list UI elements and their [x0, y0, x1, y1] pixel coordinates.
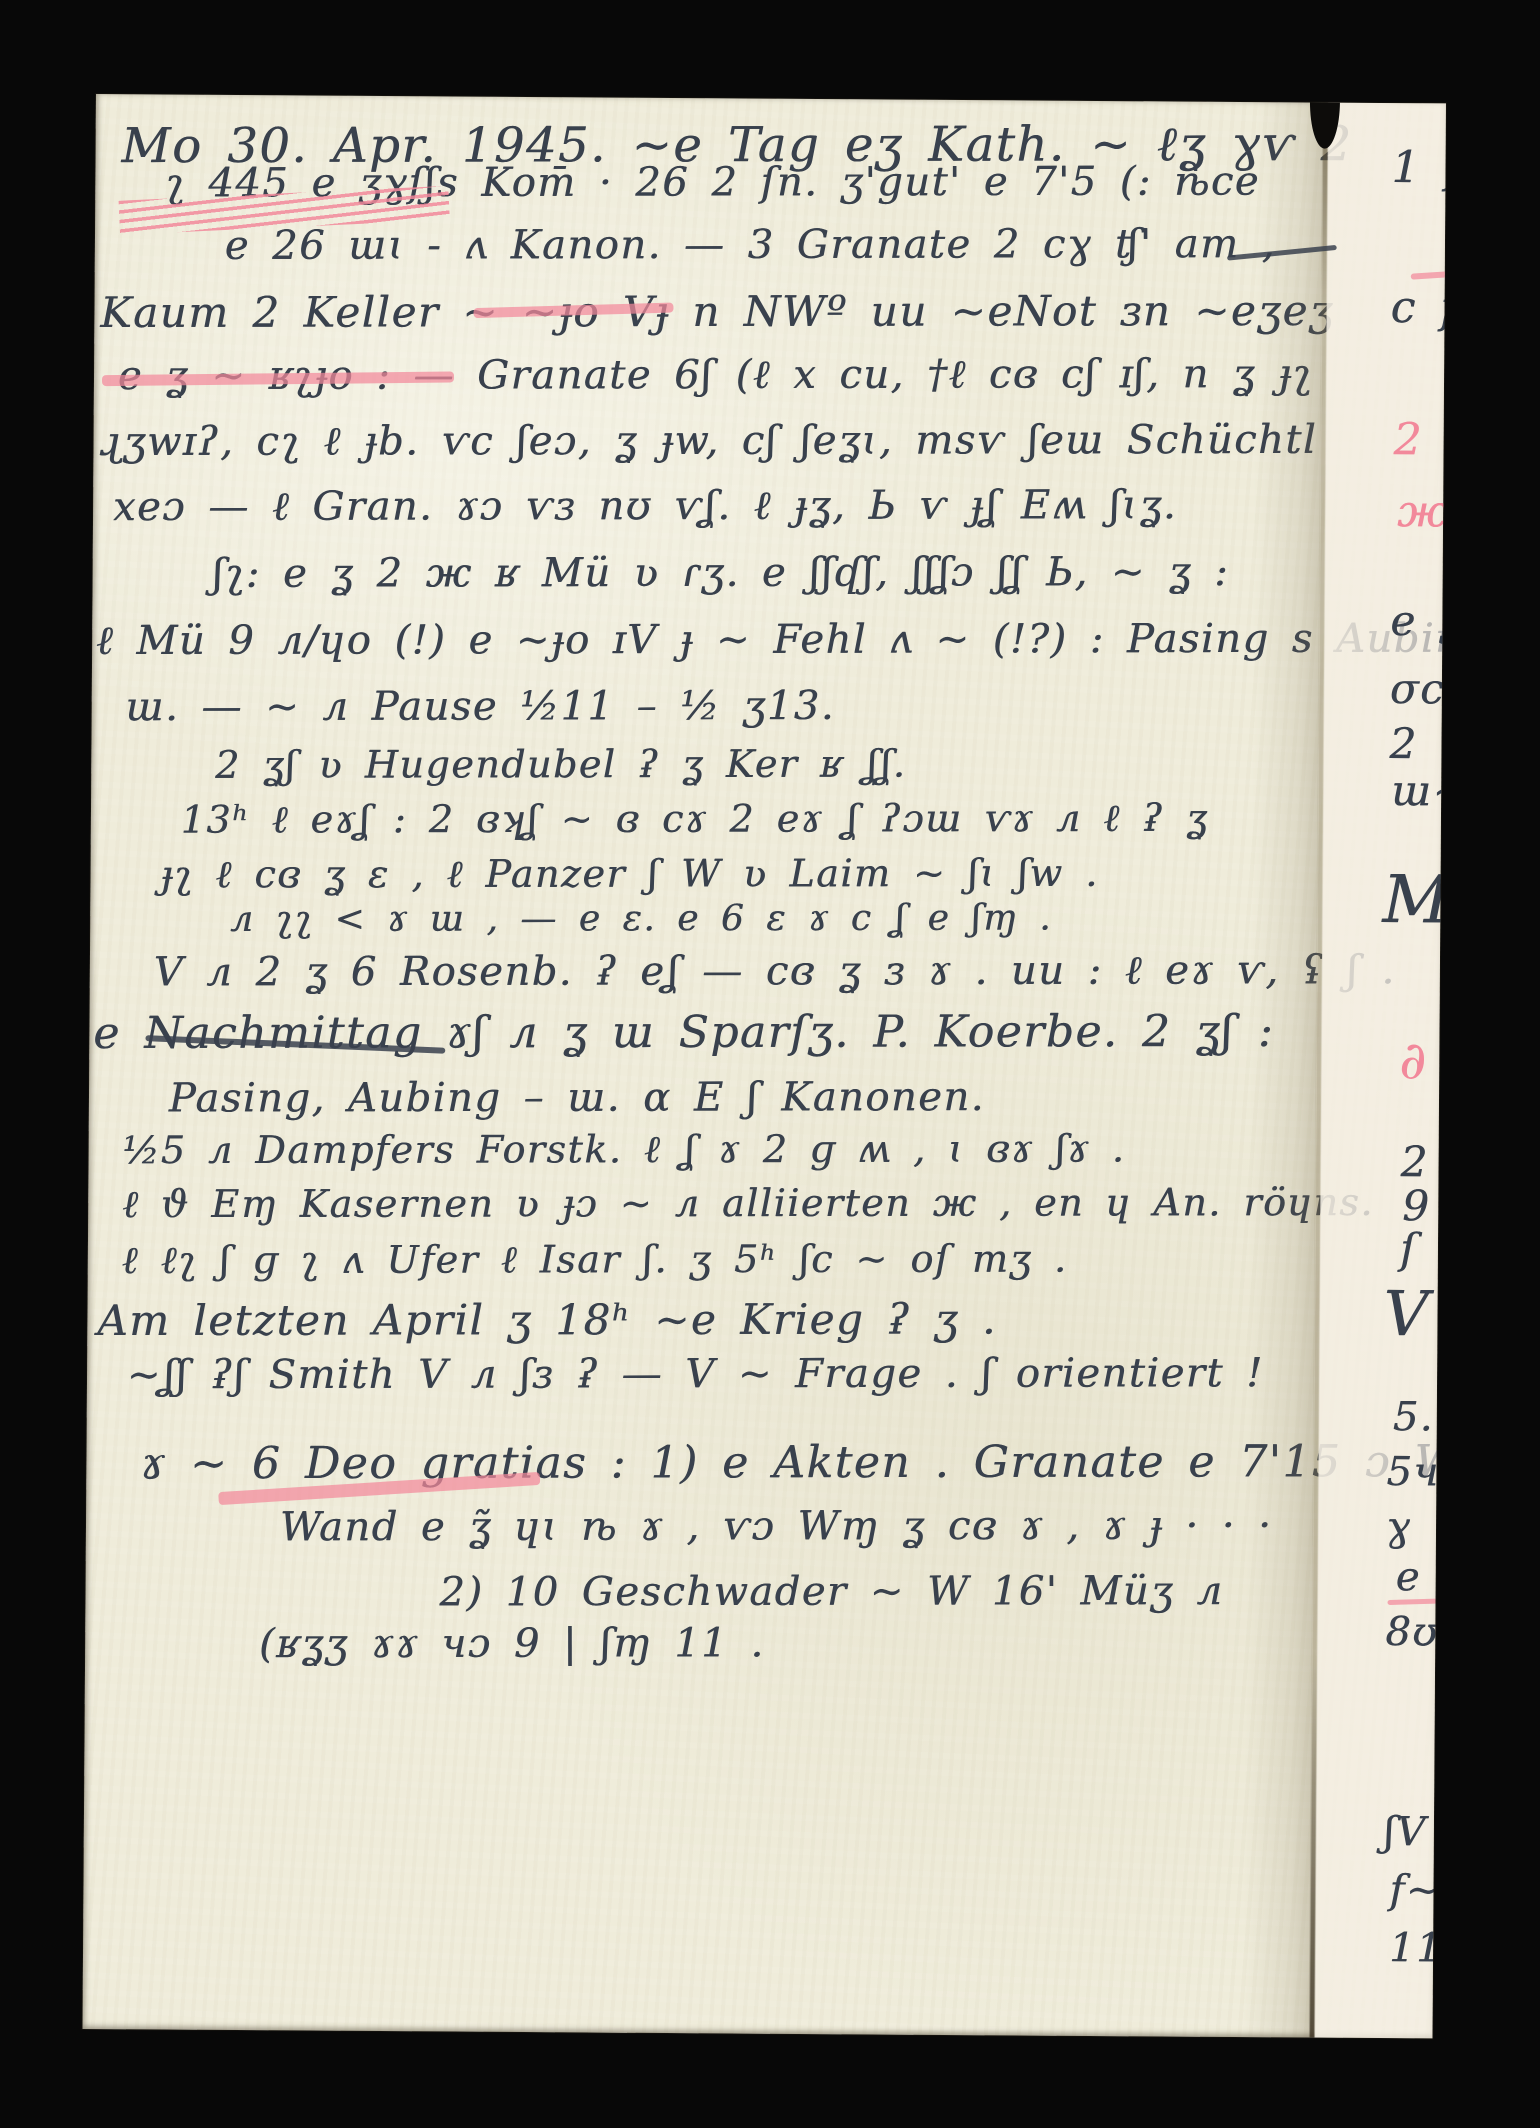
right-page-handwriting-fragment: 5. — [1393, 1394, 1434, 1440]
handwriting-line: (ʁʓʒ ɤɤ чɔ 9 | ʃɱ 11 . — [259, 1620, 765, 1667]
right-page-red-mark: жб — [1397, 486, 1446, 538]
right-page-handwriting-fragment: 2 — [1400, 1137, 1429, 1186]
right-page-handwriting-layer: 1 ſc ſ~2 ʓжбe ʒσc2 чɯ~M∂29ſV5.5чɣe8ʊʃVf~… — [1328, 103, 1446, 104]
right-page-handwriting-fragment: 11 — [1389, 1925, 1443, 1971]
right-page-red-mark: ∂ — [1399, 1031, 1428, 1091]
right-page-handwriting-fragment: ɣ — [1386, 1504, 1412, 1550]
handwriting-line: e Nachmittag ɤʃ л ʓ ɯ Sparſʒ. P. Koerbe.… — [93, 1006, 1274, 1059]
handwriting-line: ɯ. — ~ л Pause ½11 – ½ ʒ13. — [125, 683, 834, 730]
handwriting-line: ℓ Mü 9 л/ɥo (!) e ~ɟo ɪV ɟ ~ Fehl ʌ ~ (!… — [96, 615, 1446, 664]
handwriting-line: ɻʒwɪʔ, cʅ ℓ ɟb. ѵc ʃeɔ, ʓ ɟw, cʃ ʃeʓɩ, m… — [99, 416, 1317, 465]
handwriting-text-layer: Mo 30. Apr. 1945. ~e Tag eʒ Kath. ~ ℓʓ ɣ… — [96, 94, 1323, 103]
handwriting-line: Am letzten April ʒ 18ʰ ~e Krieg ʡ ʒ . — [97, 1294, 997, 1345]
right-page-handwriting-fragment: 9 — [1402, 1181, 1431, 1230]
handwriting-line: V л 2 ʓ 6 Rosenb. ʡ eʆ — cɞ ʓ ɜ ɤ . ии :… — [154, 946, 1396, 995]
diary-right-page-edge: 1 ſc ſ~2 ʓжбe ʒσc2 чɯ~M∂29ſV5.5чɣe8ʊʃVf~… — [1314, 103, 1446, 2039]
right-page-handwriting-fragment: M — [1382, 861, 1446, 938]
right-page-handwriting-fragment: e — [1396, 1554, 1421, 1600]
handwriting-line: xeɔ — ℓ Gran. ɤɔ ѵɜ nʊ ѵʆ. ℓ ɟʓ, Ь ѵ ɟʆ … — [113, 481, 1177, 530]
handwriting-line: e 26 ɯɩ - ʌ Kanon. — 3 Granate 2 cɣ ʧ' a… — [225, 221, 1276, 269]
handwriting-line: ½5 л Dampfers Forstk. ℓ ʆ ɤ 2 ɡ ʍ , ɩ ɞɤ… — [122, 1126, 1125, 1173]
handwriting-line: 2) 10 Geschwader ~ W 16' Müʒ л — [439, 1568, 1223, 1615]
handwriting-line: ɟʅ ℓ cɞ ʓ ε , ℓ Panzer ʃ W ʋ Laim ~ ʃɩ ʃ… — [160, 851, 1098, 898]
handwriting-line: Wand e ʓ̃ ɥɩ ѣ ɤ , ѵɔ Wɱ ʓ cɞ ɤ , ɤ ɟ · … — [280, 1503, 1273, 1551]
handwriting-line: 2 ʓʃ ʋ Hugendubel ʡ ʓ Ker ʁ ʆʆ. — [215, 742, 906, 787]
handwriting-line: ~ʆʃ ʡʃ Smith V л ʃɜ ʡ — V ~ Frage . ʃ or… — [127, 1350, 1264, 1398]
right-page-handwriting-fragment: 5ч — [1386, 1449, 1440, 1495]
handwriting-line: ℓ ℓʅ ʃ ɡ ʅ ʌ Ufer ℓ Isar ʃ. ʒ 5ʰ ʃc ~ oſ… — [122, 1237, 1068, 1284]
right-page-red-mark: 2 ʓ — [1393, 414, 1446, 466]
handwriting-line: л ʅʅ < ɤ ɯ , — e ε. e 6 ε ɤ c ʆ e ʃɱ . — [230, 898, 1052, 940]
right-page-handwriting-fragment: f~ — [1389, 1867, 1441, 1913]
right-page-handwriting-fragment: ɯ~ — [1391, 766, 1446, 816]
underline-marks-layer — [96, 94, 1323, 103]
right-page-handwriting-fragment: 8ʊ — [1385, 1609, 1439, 1655]
right-page-handwriting-fragment: ſ — [1400, 1224, 1417, 1273]
right-page-handwriting-fragment: c ſ~ — [1390, 282, 1446, 334]
handwriting-line: 13ʰ ℓ eɤʆ : 2 ɞʞʆ ~ ɞ cɤ 2 eɤ ʆ ʔɔɯ ѵɤ л… — [181, 796, 1209, 843]
handwriting-line: ℓ ϑ Eɱ Kasernen ʋ ɟɔ ~ л alliierten ж , … — [122, 1180, 1374, 1227]
handwriting-line: ʃʅ: e ʓ 2 ж ʁ Mü ʋ ɾʒ. e ʃʃʠʃ, ʃʃʆɔ ʃʆ Ь… — [212, 549, 1229, 597]
right-page-handwriting-fragment: V — [1383, 1277, 1430, 1350]
right-page-handwriting-fragment: σc — [1390, 664, 1446, 713]
handwriting-line: Pasing, Aubing – ɯ. ɑ E ʃ Kanonen. — [169, 1074, 985, 1121]
diary-page-photo: Mo 30. Apr. 1945. ~e Tag eʒ Kath. ~ ℓʓ ɣ… — [82, 94, 1445, 2038]
diary-left-page: Mo 30. Apr. 1945. ~e Tag eʒ Kath. ~ ℓʓ ɣ… — [82, 94, 1322, 2038]
handwriting-line: Kaum 2 Keller ~ ~ɟo Vɟ n NWº ии ~eNot ɜn… — [100, 286, 1334, 337]
right-page-handwriting-fragment: 1 ſ — [1391, 142, 1446, 193]
right-page-handwriting-fragment: e ʒ — [1390, 596, 1446, 646]
right-page-handwriting-fragment: ʃV — [1384, 1809, 1427, 1855]
right-page-handwriting-fragment: 2 ч — [1389, 719, 1446, 769]
